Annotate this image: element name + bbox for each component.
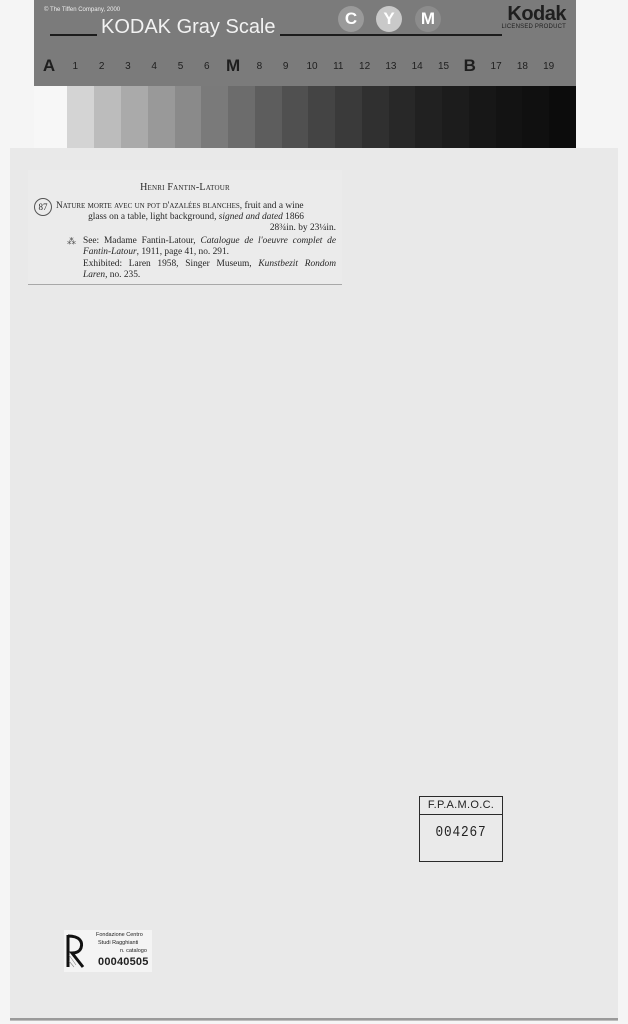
gray-patch [34,86,67,148]
scale-label: 5 [178,61,184,72]
scale-label: 11 [333,61,343,72]
scale-label: 19 [543,61,554,72]
scale-label: 2 [99,61,105,72]
gray-patch [282,86,309,148]
scale-label: B [464,56,476,76]
gray-patch [308,86,335,148]
scale-label: 3 [125,61,131,72]
gray-patch [469,86,496,148]
reference-marker-icon: ⁂ [67,236,76,247]
gray-patch [175,86,202,148]
desc-line2: glass on a table, light background, sign… [56,212,336,223]
brand-name: Kodak [501,4,566,24]
gray-patch [335,86,362,148]
brand-sub: LICENSED PRODUCT [501,24,566,30]
gray-patch [442,86,469,148]
magenta-dot: M [415,6,441,32]
foundation-label: Fondazione Centro Studi Ragghianti n. ca… [64,930,152,972]
scale-label: 6 [204,61,210,72]
gray-scale-copyright: © The Tiffen Company, 2000 [44,7,120,13]
scale-label: 1 [73,61,79,72]
ragghianti-logo-icon [66,933,86,969]
scale-label: 15 [438,61,449,72]
lot-description: Nature morte avec un pot d'azalées blanc… [56,201,336,223]
exh-suffix: , no. 235. [105,270,140,280]
foundation-name-1: Fondazione Centro [96,932,143,939]
artwork-title: Nature morte avec un pot d'azalées blanc… [56,201,242,211]
exh-prefix: Exhibited: Laren 1958, Singer Museum, [83,259,258,269]
scale-label: 9 [283,61,289,72]
scale-labels: A123456M89101112131415B171819 [34,55,576,77]
fpamoc-stamp: F.P.A.M.O.C. 004267 [419,796,503,862]
gray-patch [549,86,576,148]
catalogue-clipping: Henri Fantin-Latour 87 Nature morte avec… [28,170,342,285]
scale-label: 17 [491,61,502,72]
gray-patch [94,86,121,148]
gray-patch [496,86,523,148]
desc-line2-plain: glass on a table, light background, [88,212,219,222]
gray-patch [255,86,282,148]
gray-patch [228,86,255,148]
gray-patch [362,86,389,148]
artist-name: Henri Fantin-Latour [28,182,342,193]
foundation-name-2: Studi Ragghianti [98,940,138,947]
literature-reference: ⁂ See: Madame Fantin-Latour, Catalogue d… [83,236,336,258]
stamp-number: 004267 [426,818,496,848]
cyan-dot: C [338,6,364,32]
scale-label: 12 [359,61,370,72]
desc-rest: fruit and a wine [242,201,303,211]
scale-label: A [43,56,55,76]
lot-number-circled: 87 [34,198,52,216]
scale-label: 18 [517,61,528,72]
gray-scale-title: KODAK Gray Scale [97,15,280,39]
gray-patch [415,86,442,148]
stamp-heading: F.P.A.M.O.C. [420,797,502,815]
gray-patch [522,86,549,148]
scale-label: 8 [257,61,263,72]
scale-label: 4 [151,61,157,72]
gray-patch [148,86,175,148]
dimensions: 28¾in. by 23¼in. [270,223,336,234]
gray-patch [121,86,148,148]
scale-label: 10 [306,61,317,72]
gray-patch [389,86,416,148]
gray-patch [201,86,228,148]
signed-dated: signed and dated [219,212,283,222]
kodak-logo: Kodak LICENSED PRODUCT [501,4,566,30]
ref-suffix: , 1911, page 41, no. 291. [137,247,229,257]
catalog-caption: n. catalogo [120,948,147,954]
yellow-dot: Y [376,6,402,32]
scale-label: M [226,56,240,76]
ref-prefix: See: Madame Fantin-Latour, [83,236,200,246]
gray-patches [34,86,576,148]
gray-patch [67,86,94,148]
scale-label: 13 [385,61,396,72]
scale-label: 14 [412,61,423,72]
year: 1866 [283,212,304,222]
catalog-number: 00040505 [98,956,149,968]
exhibition-history: Exhibited: Laren 1958, Singer Museum, Ku… [83,259,336,281]
